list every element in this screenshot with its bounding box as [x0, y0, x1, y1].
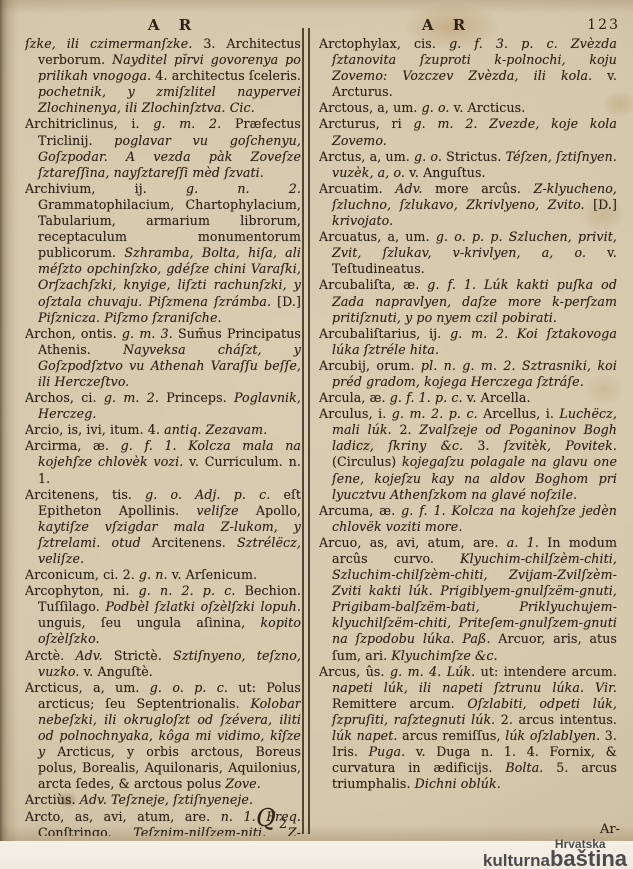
- catchword: Ar-: [560, 822, 620, 837]
- entry-text-segment: a. 1.: [507, 535, 548, 550]
- paper-background: A R A R 123 ſzke, ili czimermanſzke. 3. …: [0, 0, 633, 841]
- entry-text-segment: Puga.: [369, 744, 416, 759]
- entry-text-segment: lúk oſzlablyen.: [505, 728, 605, 743]
- entry-text-segment: Klyuchimſze &c.: [391, 648, 497, 663]
- entry-text-segment: Archivium, ij.: [25, 181, 186, 196]
- left-text-column: ſzke, ili czimermanſzke. 3. Architectus …: [25, 36, 301, 836]
- entry-text-segment: g. m. 2.: [153, 116, 235, 131]
- entry-text-segment: v. Arcticus.: [454, 100, 526, 115]
- entry-text-segment: Piſznicza. Piſzmo ſzraniſche.: [38, 310, 222, 325]
- entry-text-segment: unguis, ſeu ungula aſinina,: [38, 615, 260, 630]
- entry-text-segment: g. m. 4. Lúk.: [390, 664, 481, 679]
- entry-text-segment: g. n. 2. p. c.: [139, 583, 245, 598]
- right-text-column: Arctophylax, cis. g. f. 3. p. c. Zvèzda …: [319, 36, 617, 832]
- entry-text-segment: Architriclinus, i.: [25, 116, 153, 131]
- dictionary-entry: Arctophylax, cis. g. f. 3. p. c. Zvèzda …: [319, 36, 617, 100]
- dictionary-entry: Arcubaliſtarius, ij. g. m. 2. Koi ſztako…: [319, 326, 617, 358]
- entry-text-segment: [D.]: [277, 294, 301, 309]
- entry-text-segment: g. o. p. c.: [150, 680, 239, 695]
- entry-text-segment: v. Arſenicum.: [172, 567, 257, 582]
- entry-text-segment: Archos, ci.: [25, 390, 104, 405]
- entry-text-segment: Adv. Teſzneje, ſztiſnyeneje.: [80, 792, 253, 807]
- dictionary-entry: Arctus, a, um. g. o. Strictus. Téſzen, ſ…: [319, 149, 617, 181]
- dictionary-entry: Archos, ci. g. m. 2. Princeps. Poglavnik…: [25, 390, 301, 422]
- dictionary-entry: Architriclinus, i. g. m. 2. Præfectus Tr…: [25, 116, 301, 180]
- entry-text-segment: Arcturus, ri: [319, 116, 414, 131]
- entry-text-segment: v. Anguſtus.: [409, 165, 486, 180]
- entry-text-segment: lúk napet.: [332, 728, 402, 743]
- entry-text-segment: arcus remiſſus,: [402, 728, 505, 743]
- entry-text-segment: Arcophyton, ni.: [25, 583, 139, 598]
- dictionary-entry: Arcuatim. Adv. more arcûs. Z-klyucheno, …: [319, 181, 617, 229]
- entry-text-segment: napeti lúk, ili napeti ſztrunu lúka. Vir…: [332, 680, 617, 695]
- dictionary-entry: Arcitenens, tis. g. o. Adj. p. c. eſt Ep…: [25, 487, 301, 567]
- scanned-dictionary-page: A R A R 123 ſzke, ili czimermanſzke. 3. …: [0, 0, 633, 869]
- entry-text-segment: 4. architectus ſceleris.: [155, 68, 301, 83]
- entry-text-segment: g. m. 2.: [104, 390, 166, 405]
- entry-text-segment: Arctophylax, cis.: [319, 36, 449, 51]
- entry-text-segment: Arcus, ûs.: [319, 664, 390, 679]
- entry-text-segment: veliſze: [197, 503, 256, 518]
- entry-text-segment: Conſtringo.: [38, 825, 133, 836]
- entry-text-segment: g. n. 2.: [186, 181, 301, 196]
- dictionary-entry: Arculus, i. g. m. 2. p. c. Arcellus, i. …: [319, 406, 617, 503]
- entry-text-segment: Arctus, a, um.: [319, 149, 414, 164]
- entry-text-segment: krivojato.: [332, 213, 393, 228]
- entry-text-segment: 2.: [399, 422, 419, 437]
- entry-text-segment: g. o. Adj. p. c.: [145, 487, 283, 502]
- dictionary-entry: Arcio, is, ivi, itum. 4. antiq. Zezavam.: [25, 422, 301, 438]
- signature-number: 2: [276, 817, 287, 832]
- entry-text-segment: Arcuatim.: [319, 181, 395, 196]
- entry-text-segment: Arcticus, a, um.: [25, 680, 150, 695]
- entry-text-segment: ſzke, ili czimermanſzke.: [25, 36, 203, 51]
- entry-text-segment: Arctous, a, um.: [319, 100, 422, 115]
- entry-text-segment: Arcubij, orum.: [319, 358, 421, 373]
- signature-letter: Q: [256, 804, 276, 832]
- dictionary-entry: Arcubij, orum. pl. n. g. m. 2. Sztrasnik…: [319, 358, 617, 390]
- dictionary-entry: Arcophyton, ni. g. n. 2. p. c. Bechion. …: [25, 583, 301, 647]
- column-divider-rule: [302, 28, 304, 834]
- entry-text-segment: Arcitenens, tis.: [25, 487, 145, 502]
- dictionary-entry: Arconicum, ci. 2. g. n. v. Arſenicum.: [25, 567, 301, 583]
- entry-text-segment: Apollo,: [256, 503, 301, 518]
- entry-text-segment: ſzvitèk, Povitek.: [504, 438, 617, 453]
- entry-text-segment: Arcio, is, ivi, itum. 4.: [25, 422, 164, 437]
- entry-text-segment: Arctè.: [25, 648, 75, 663]
- entry-text-segment: Arcitenens.: [152, 535, 237, 550]
- column-divider-rule: [308, 28, 310, 834]
- dictionary-entry: Arcturus, ri g. m. 2. Zvezde, koje kola …: [319, 116, 617, 148]
- entry-text-segment: g. m. 2. p. c.: [392, 406, 483, 421]
- running-head-right: A R: [402, 16, 492, 34]
- dictionary-entry: Arcticus, a, um. g. o. p. c. ut: Polus a…: [25, 680, 301, 793]
- entry-text-segment: Adv.: [395, 181, 435, 196]
- entry-text-segment: 3.: [477, 438, 503, 453]
- entry-text-segment: Arcto, as, avi, atum, are.: [25, 809, 221, 824]
- entry-text-segment: Arcula, æ.: [319, 390, 390, 405]
- entry-text-segment: Bolta.: [505, 760, 556, 775]
- entry-text-segment: more arcûs.: [435, 181, 533, 196]
- dictionary-entry: Arctè. Adv. Strictè. Sztiſnyeno, teſzno,…: [25, 648, 301, 680]
- entry-text-segment: Remittere arcum.: [332, 696, 467, 711]
- entry-text-segment: (Circulus): [332, 454, 402, 469]
- entry-text-segment: v. Anguſtè.: [84, 664, 153, 679]
- entry-text-segment: Strictè.: [114, 648, 173, 663]
- entry-text-segment: Zove.: [225, 776, 260, 791]
- entry-text-segment: Dichni oblúk.: [415, 776, 501, 791]
- entry-text-segment: Arcuo, as, avi, atum, are.: [319, 535, 507, 550]
- watermark-word-bastina: baština: [550, 846, 627, 869]
- entry-text-segment: g. f. 1. p. c.: [390, 390, 467, 405]
- running-head-left: A R: [128, 16, 218, 34]
- watermark-word-kulturna: kulturna: [483, 851, 550, 869]
- dictionary-entry: Arcula, æ. g. f. 1. p. c. v. Arcella.: [319, 390, 617, 406]
- entry-text-segment: g. n.: [139, 567, 172, 582]
- dictionary-entry: ſzke, ili czimermanſzke. 3. Architectus …: [25, 36, 301, 116]
- entry-text-segment: g. o.: [414, 149, 446, 164]
- dictionary-entry: Arcuo, as, avi, atum, are. a. 1. In modu…: [319, 535, 617, 664]
- scan-bottom-strip: Hrvatskakulturnabaština: [0, 841, 633, 869]
- entry-text-segment: v. Arcella.: [467, 390, 531, 405]
- entry-text-segment: Arcellus, i.: [483, 406, 559, 421]
- entry-text-segment: Arconicum, ci. 2.: [25, 567, 139, 582]
- entry-text-segment: Adv.: [75, 648, 113, 663]
- entry-text-segment: Archon, ontis.: [25, 326, 122, 341]
- quire-signature: Q2: [256, 804, 287, 832]
- dictionary-entry: Archon, ontis. g. m. 3. Sum̃us Principat…: [25, 326, 301, 390]
- entry-text-segment: Podbèl ſzlatki oſzèlſzki lopuh.: [105, 599, 301, 614]
- entry-text-segment: Arcubaliſtarius, ij.: [319, 326, 450, 341]
- entry-text-segment: g. o.: [422, 100, 454, 115]
- dictionary-entry: Arctous, a, um. g. o. v. Arcticus.: [319, 100, 617, 116]
- entry-text-segment: ut: intendere arcum.: [481, 664, 617, 679]
- dictionary-entry: Archivium, ij. g. n. 2. Grammatophilaciu…: [25, 181, 301, 326]
- dictionary-entry: Arcus, ûs. g. m. 4. Lúk. ut: intendere a…: [319, 664, 617, 793]
- entry-text-segment: pochetnik, y zmiſzlitel naypervei Zlochi…: [38, 84, 301, 115]
- entry-text-segment: Arcuma, æ.: [319, 503, 401, 518]
- entry-text-segment: Strictus.: [446, 149, 505, 164]
- entry-text-segment: [D.]: [593, 197, 617, 212]
- entry-text-segment: g. m. 3.: [122, 326, 178, 341]
- entry-text-segment: Arcubaliſta, æ.: [319, 277, 427, 292]
- heritage-watermark: Hrvatskakulturnabaština: [483, 840, 627, 868]
- dictionary-entry: Arcirma, æ. g. f. 1. Kolcza mala na koje…: [25, 438, 301, 486]
- dictionary-entry: Arcuatus, a, um. g. o. p. p. Szluchen, p…: [319, 229, 617, 277]
- entry-text-segment: Arcuatus, a, um.: [319, 229, 436, 244]
- entry-text-segment: Arctiùs.: [25, 792, 80, 807]
- dictionary-entry: Arcubaliſta, æ. g. f. 1. Lúk kakti puſka…: [319, 277, 617, 325]
- entry-text-segment: Princeps.: [166, 390, 234, 405]
- entry-text-segment: Arcirma, æ.: [25, 438, 121, 453]
- entry-text-segment: Arculus, i.: [319, 406, 392, 421]
- dictionary-entry: Arcuma, æ. g. f. 1. Kolcza na kojehſze j…: [319, 503, 617, 535]
- entry-text-segment: antiq. Zezavam.: [164, 422, 267, 437]
- entry-text-segment: 2. arcus intentus.: [501, 712, 617, 727]
- entry-text-segment: Arcticus, y orbis arctous, Boreus polus,…: [38, 744, 301, 791]
- page-number: 123: [572, 17, 620, 33]
